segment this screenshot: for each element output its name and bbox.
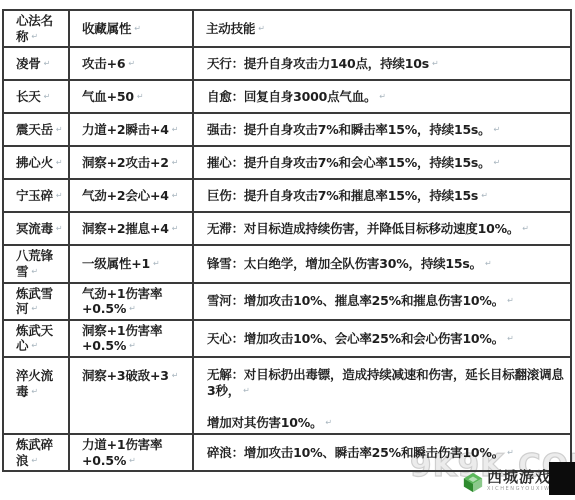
active-skill-text: 碎浪：增加攻击10%、瞬击率25%和瞬击伤害10%。 — [207, 445, 514, 460]
header-name: 心法名称 — [3, 10, 69, 47]
cell-skill-name: 长天 — [3, 80, 69, 113]
active-skill-text: 巨伤：提升自身攻击7%和摧息率15%，持续15s — [207, 188, 488, 203]
header-attribute-label: 收藏属性 — [82, 21, 141, 36]
header-row: 心法名称 收藏属性 主动技能 — [3, 10, 571, 47]
collect-attribute-text: 气血+50 — [82, 89, 143, 104]
skill-name-text: 长天 — [16, 89, 50, 104]
table-row: 震天岳 力道+2瞬击+4 强击：提升自身攻击7%和瞬击率15%，持续15s。 — [3, 113, 571, 146]
cell-collect-attribute: 洞察+2摧息+4 — [69, 212, 193, 245]
cell-active-skill: 雪河：增加攻击10%、摧息率25%和摧息伤害10%。 — [193, 283, 571, 320]
skill-name-text: 炼武天心 — [16, 323, 53, 354]
active-skill-text-line2: 增加对其伤害10%。 — [207, 415, 332, 430]
collect-attribute-text: 洞察+2攻击+2 — [82, 155, 178, 170]
table-row: 八荒锋雪 一级属性+1 锋雪：太白绝学，增加全队伤害30%，持续15s。 — [3, 245, 571, 282]
table-row: 宁玉碎 气劲+2会心+4 巨伤：提升自身攻击7%和摧息率15%，持续15s — [3, 179, 571, 212]
cell-active-skill: 锋雪：太白绝学，增加全队伤害30%，持续15s。 — [193, 245, 571, 282]
collect-attribute-text: 力道+2瞬击+4 — [82, 122, 178, 137]
cell-skill-name: 炼武雪河 — [3, 283, 69, 320]
cell-active-skill: 巨伤：提升自身攻击7%和摧息率15%，持续15s — [193, 179, 571, 212]
active-skill-text: 无解：对目标扔出毒镖，造成持续减速和伤害，延长目标翻滚调息3秒， — [207, 367, 564, 398]
cell-collect-attribute: 气血+50 — [69, 80, 193, 113]
active-skill-text: 雪河：增加攻击10%、摧息率25%和摧息伤害10%。 — [207, 293, 514, 308]
active-skill-text: 无滞：对目标造成持续伤害，并降低目标移动速度10%。 — [207, 221, 529, 236]
cell-collect-attribute: 一级属性+1 — [69, 245, 193, 282]
skill-name-text: 凌骨 — [16, 56, 50, 71]
skill-table: 心法名称 收藏属性 主动技能 凌骨 攻击+6 天行：提升自身攻击力140点，持续… — [2, 9, 572, 472]
skill-name-text: 震天岳 — [16, 122, 62, 137]
collect-attribute-text: 洞察+2摧息+4 — [82, 221, 178, 236]
skill-name-text: 八荒锋雪 — [16, 248, 53, 279]
cell-active-skill: 天行：提升自身攻击力140点，持续10s — [193, 47, 571, 80]
collect-attribute-text: 气劲+1伤害率+0.5% — [82, 286, 162, 317]
active-skill-text: 天行：提升自身攻击力140点，持续10s — [207, 56, 438, 71]
cell-skill-name: 凌骨 — [3, 47, 69, 80]
cell-skill-name: 八荒锋雪 — [3, 245, 69, 282]
cell-skill-name: 炼武天心 — [3, 320, 69, 357]
header-skill-label: 主动技能 — [206, 21, 265, 36]
collect-attribute-text: 气劲+2会心+4 — [82, 188, 178, 203]
header-skill: 主动技能 — [193, 10, 571, 47]
active-skill-text: 锋雪：太白绝学，增加全队伤害30%，持续15s。 — [207, 256, 491, 271]
green-cube-icon — [462, 471, 484, 493]
active-skill-text: 强击：提升自身攻击7%和瞬击率15%，持续15s。 — [207, 122, 500, 137]
skill-name-text: 淬火流毒 — [16, 368, 53, 399]
table-row: 炼武天心 洞察+1伤害率+0.5% 天心：增加攻击10%、会心率25%和会心伤害… — [3, 320, 571, 357]
skill-name-text: 炼武碎浪 — [16, 437, 53, 468]
cell-collect-attribute: 力道+1伤害率+0.5% — [69, 434, 193, 471]
cell-active-skill: 摧心：提升自身攻击7%和会心率15%，持续15s。 — [193, 146, 571, 179]
table-row: 炼武碎浪 力道+1伤害率+0.5% 碎浪：增加攻击10%、瞬击率25%和瞬击伤害… — [3, 434, 571, 471]
cell-active-skill: 自愈：回复自身3000点气血。 — [193, 80, 571, 113]
cell-collect-attribute: 气劲+1伤害率+0.5% — [69, 283, 193, 320]
cell-active-skill: 强击：提升自身攻击7%和瞬击率15%，持续15s。 — [193, 113, 571, 146]
cell-skill-name: 震天岳 — [3, 113, 69, 146]
collect-attribute-text: 洞察+1伤害率+0.5% — [82, 323, 162, 354]
active-skill-text: 摧心：提升自身攻击7%和会心率15%，持续15s。 — [207, 155, 500, 170]
cell-skill-name: 宁玉碎 — [3, 179, 69, 212]
cell-skill-name: 炼武碎浪 — [3, 434, 69, 471]
header-name-label: 心法名称 — [16, 13, 53, 44]
cell-skill-name: 冥流毒 — [3, 212, 69, 245]
collect-attribute-text: 力道+1伤害率+0.5% — [82, 437, 162, 468]
cell-skill-name: 淬火流毒 — [3, 357, 69, 434]
table-row: 冥流毒 洞察+2摧息+4 无滞：对目标造成持续伤害，并降低目标移动速度10%。 — [3, 212, 571, 245]
collect-attribute-text: 攻击+6 — [82, 56, 135, 71]
table-row: 淬火流毒 洞察+3破敌+3 无解：对目标扔出毒镖，造成持续减速和伤害，延长目标翻… — [3, 357, 571, 434]
collect-attribute-text: 洞察+3破敌+3 — [82, 368, 178, 383]
cell-collect-attribute: 洞察+1伤害率+0.5% — [69, 320, 193, 357]
cell-collect-attribute: 洞察+3破敌+3 — [69, 357, 193, 434]
cell-skill-name: 拂心火 — [3, 146, 69, 179]
active-skill-text: 自愈：回复自身3000点气血。 — [207, 89, 386, 104]
cell-active-skill: 碎浪：增加攻击10%、瞬击率25%和瞬击伤害10%。 — [193, 434, 571, 471]
table-row: 长天 气血+50 自愈：回复自身3000点气血。 — [3, 80, 571, 113]
cell-active-skill: 天心：增加攻击10%、会心率25%和会心伤害10%。 — [193, 320, 571, 357]
cell-active-skill: 无解：对目标扔出毒镖，造成持续减速和伤害，延长目标翻滚调息3秒， 增加对其伤害1… — [193, 357, 571, 434]
skill-name-text: 宁玉碎 — [16, 188, 62, 203]
cell-collect-attribute: 气劲+2会心+4 — [69, 179, 193, 212]
skill-name-text: 冥流毒 — [16, 221, 62, 236]
collect-attribute-text: 一级属性+1 — [82, 256, 160, 271]
redaction-box — [549, 462, 575, 495]
cell-collect-attribute: 力道+2瞬击+4 — [69, 113, 193, 146]
skill-name-text: 炼武雪河 — [16, 286, 53, 317]
cell-active-skill: 无滞：对目标造成持续伤害，并降低目标移动速度10%。 — [193, 212, 571, 245]
table-row: 拂心火 洞察+2攻击+2 摧心：提升自身攻击7%和会心率15%，持续15s。 — [3, 146, 571, 179]
cell-collect-attribute: 攻击+6 — [69, 47, 193, 80]
table-row: 凌骨 攻击+6 天行：提升自身攻击力140点，持续10s — [3, 47, 571, 80]
header-attribute: 收藏属性 — [69, 10, 193, 47]
table-row: 炼武雪河 气劲+1伤害率+0.5% 雪河：增加攻击10%、摧息率25%和摧息伤害… — [3, 283, 571, 320]
skill-name-text: 拂心火 — [16, 155, 62, 170]
active-skill-text: 天心：增加攻击10%、会心率25%和会心伤害10%。 — [207, 331, 514, 346]
cell-collect-attribute: 洞察+2攻击+2 — [69, 146, 193, 179]
